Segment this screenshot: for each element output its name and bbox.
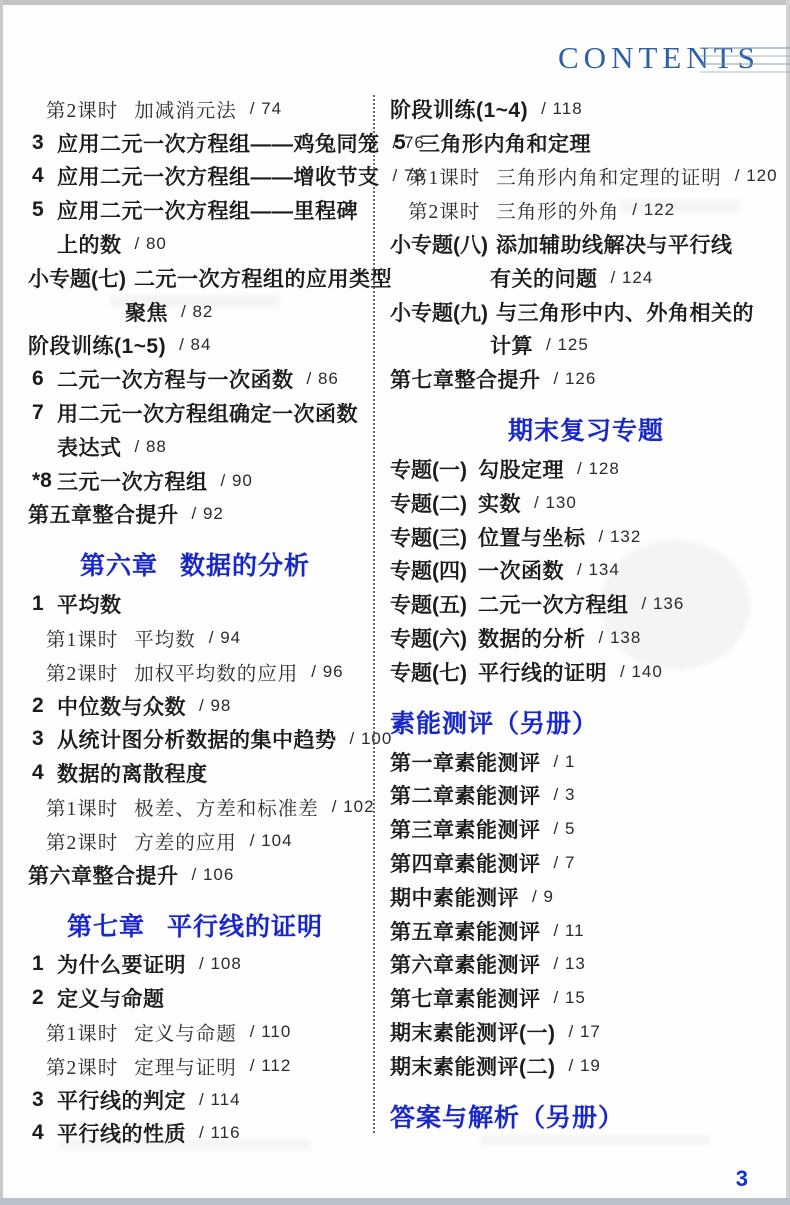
toc-row-labeled: 专题(一)勾股定理/ 128 <box>390 452 782 486</box>
toc-row-kai: 第2课时加权平均数的应用/ 96 <box>28 655 362 689</box>
entry-title: 第六章整合提升 <box>28 860 179 890</box>
entry-page-ref: / 130 <box>534 493 577 513</box>
toc-row-labeled: 专题(五)二元一次方程组/ 136 <box>390 587 782 621</box>
entry-page-ref: / 84 <box>179 335 211 355</box>
entry-title: 三元一次方程组 <box>57 466 208 496</box>
entry-page-ref: / 114 <box>199 1090 241 1110</box>
entry-title: 第五章素能测评 <box>390 916 541 946</box>
entry-title: 数据的分析 <box>478 623 586 653</box>
column-divider <box>373 95 375 1133</box>
entry-page-ref: / 90 <box>221 471 253 491</box>
entry-title: 加权平均数的应用 <box>134 658 298 686</box>
entry-number: 2 <box>32 986 57 1010</box>
entry-number: 4 <box>32 1121 57 1145</box>
entry-page-ref: / 125 <box>546 335 589 355</box>
entry-page-ref: / 74 <box>250 99 282 119</box>
entry-title: 计算 <box>490 330 533 360</box>
entry-title: 中位数与众数 <box>57 691 186 721</box>
entry-title: 实数 <box>478 488 521 518</box>
entry-label: 第2课时 <box>46 827 118 855</box>
toc-row-labeled: 专题(二)实数/ 130 <box>390 486 782 520</box>
entry-title: 平行线的判定 <box>57 1085 186 1115</box>
toc-row-section-center: 期末复习专题 <box>390 410 782 448</box>
entry-title: 期中素能测评 <box>390 882 519 912</box>
entry-label: 第2课时 <box>408 196 480 224</box>
entry-page-ref: / 5 <box>554 819 576 839</box>
entry-page-ref: / 17 <box>569 1022 601 1042</box>
toc-row-plain: 第五章素能测评/ 11 <box>390 914 782 948</box>
toc-row-num: *8三元一次方程组/ 90 <box>28 464 362 498</box>
entry-number: 7 <box>32 401 57 425</box>
entry-label: 第1课时 <box>408 162 480 190</box>
scan-edge-right <box>786 0 790 1205</box>
entry-page-ref: / 116 <box>199 1123 241 1143</box>
entry-title: 一次函数 <box>478 555 564 585</box>
toc-row-plain: 第五章整合提升/ 92 <box>28 498 362 532</box>
scan-edge-bottom <box>0 1198 790 1205</box>
entry-title: 第四章素能测评 <box>390 848 541 878</box>
entry-page-ref: / 19 <box>569 1056 601 1076</box>
toc-row-kai: 第1课时定义与命题/ 110 <box>28 1015 362 1049</box>
entry-title: 三角形内角和定理 <box>419 128 591 158</box>
entry-title: 二元一次方程与一次函数 <box>57 364 294 394</box>
entry-page-ref: / 1 <box>554 752 576 772</box>
entry-title: 期末素能测评(一) <box>390 1017 556 1047</box>
entry-label: 专题(六) <box>390 623 470 653</box>
entry-page-ref: / 104 <box>250 831 293 851</box>
entry-page-ref: / 80 <box>135 234 167 254</box>
toc-row-kai: 第2课时方差的应用/ 104 <box>28 824 362 858</box>
toc-row-plain: 第七章素能测评/ 15 <box>390 981 782 1015</box>
entry-title: 应用二元一次方程组——里程碑 <box>57 195 358 225</box>
entry-page-ref: / 128 <box>577 459 620 479</box>
entry-page-ref: / 108 <box>199 954 242 974</box>
entry-title: 位置与坐标 <box>478 522 586 552</box>
toc-row-cont: 表达式/ 88 <box>28 430 362 464</box>
entry-title: 应用二元一次方程组——增收节支 <box>57 161 380 191</box>
toc-row-plain: 第一章素能测评/ 1 <box>390 745 782 779</box>
entry-label: 第1课时 <box>46 1018 118 1046</box>
entry-number: 4 <box>32 164 57 188</box>
toc-row-num: 2定义与命题 <box>28 981 362 1015</box>
toc-row-num: 2中位数与众数/ 98 <box>28 689 362 723</box>
entry-page-ref: / 82 <box>181 302 213 322</box>
entry-title: 定义与命题 <box>134 1018 237 1046</box>
entry-page-ref: / 100 <box>350 729 393 749</box>
entry-title: 平行线的证明 <box>167 907 323 943</box>
entry-title: 第七章整合提升 <box>390 364 541 394</box>
entry-label: 专题(一) <box>390 454 470 484</box>
toc-row-plain: 期中素能测评/ 9 <box>390 880 782 914</box>
entry-title: 定义与命题 <box>57 983 165 1013</box>
toc-row-num: 4应用二元一次方程组——增收节支/ 78 <box>28 160 362 194</box>
toc-row-kai: 第1课时极差、方差和标准差/ 102 <box>28 790 362 824</box>
toc-column-left: 第2课时加减消元法/ 743应用二元一次方程组——鸡兔同笼/ 764应用二元一次… <box>28 92 362 1150</box>
entry-title: 平均数 <box>57 589 122 619</box>
toc-row-kai: 第2课时三角形的外角/ 122 <box>390 193 782 227</box>
entry-title: 平行线的证明 <box>478 657 607 687</box>
entry-title: 期末素能测评(二) <box>390 1051 556 1081</box>
entry-title: 为什么要证明 <box>57 949 186 979</box>
entry-page-ref: / 15 <box>554 988 586 1008</box>
toc-row-plain: 期末素能测评(二)/ 19 <box>390 1049 782 1083</box>
entry-page-ref: / 7 <box>554 853 576 873</box>
entry-number: 3 <box>32 1088 57 1112</box>
entry-title: 数据的分析 <box>180 546 310 582</box>
entry-label: 专题(七) <box>390 657 470 687</box>
toc-row-plain: 第六章素能测评/ 13 <box>390 948 782 982</box>
entry-label: 第2课时 <box>46 658 118 686</box>
entry-label: 专题(二) <box>390 488 470 518</box>
entry-page-ref: / 118 <box>541 99 583 119</box>
entry-label: 第六章 <box>80 546 158 582</box>
page-number: 3 <box>736 1166 748 1192</box>
toc-row-labeled: 专题(七)平行线的证明/ 140 <box>390 655 782 689</box>
entry-number: 5 <box>32 198 57 222</box>
toc-row-labeled: 小专题(九)与三角形中内、外角相关的 <box>390 295 782 329</box>
entry-title: 期末复习专题 <box>508 411 664 447</box>
toc-row-section-left: 素能测评（另册） <box>390 703 782 741</box>
entry-title: 第五章整合提升 <box>28 499 179 529</box>
entry-label: 专题(四) <box>390 555 470 585</box>
entry-label: 小专题(七) <box>28 263 126 293</box>
entry-page-ref: / 106 <box>192 865 235 885</box>
toc-column-right: 阶段训练(1~4)/ 1185三角形内角和定理第1课时三角形内角和定理的证明/ … <box>390 92 782 1139</box>
entry-title: 添加辅助线解决与平行线 <box>496 229 733 259</box>
toc-row-kai: 第1课时三角形内角和定理的证明/ 120 <box>390 160 782 194</box>
entry-label: 小专题(九) <box>390 297 488 327</box>
entry-number: 1 <box>32 952 57 976</box>
toc-row-chapter: 第六章数据的分析 <box>28 545 362 583</box>
toc-row-kai: 第2课时定理与证明/ 112 <box>28 1049 362 1083</box>
entry-page-ref: / 126 <box>554 369 597 389</box>
entry-page-ref: / 92 <box>192 504 224 524</box>
toc-row-labeled: 小专题(八)添加辅助线解决与平行线 <box>390 227 782 261</box>
toc-row-section-left: 答案与解析（另册） <box>390 1097 782 1135</box>
entry-title: 方差的应用 <box>134 827 237 855</box>
entry-number: 2 <box>32 694 57 718</box>
entry-title: 应用二元一次方程组——鸡兔同笼 <box>57 128 380 158</box>
entry-label: 第2课时 <box>46 1052 118 1080</box>
header-decorative-lines <box>700 47 790 77</box>
toc-row-kai: 第2课时加减消元法/ 74 <box>28 92 362 126</box>
entry-page-ref: / 96 <box>311 662 343 682</box>
entry-title: 上的数 <box>57 229 122 259</box>
toc-row-num: 3平行线的判定/ 114 <box>28 1083 362 1117</box>
entry-page-ref: / 140 <box>620 662 663 682</box>
toc-row-chapter: 第七章平行线的证明 <box>28 906 362 944</box>
toc-row-num: 3应用二元一次方程组——鸡兔同笼/ 76 <box>28 126 362 160</box>
entry-page-ref: / 94 <box>209 628 241 648</box>
entry-page-ref: / 112 <box>250 1056 292 1076</box>
entry-page-ref: / 9 <box>532 887 554 907</box>
entry-title: 有关的问题 <box>490 263 598 293</box>
toc-row-labeled: 专题(四)一次函数/ 134 <box>390 554 782 588</box>
entry-page-ref: / 86 <box>307 369 339 389</box>
entry-title: 平均数 <box>134 624 196 652</box>
entry-number: 4 <box>32 761 57 785</box>
entry-page-ref: / 3 <box>554 785 576 805</box>
toc-row-num: 4平行线的性质/ 116 <box>28 1117 362 1151</box>
toc-row-plain: 第二章素能测评/ 3 <box>390 779 782 813</box>
entry-number: 3 <box>32 727 57 751</box>
scan-edge-left <box>0 0 3 1205</box>
entry-page-ref: / 88 <box>135 437 167 457</box>
toc-row-cont2: 有关的问题/ 124 <box>390 261 782 295</box>
entry-number: 1 <box>32 592 57 616</box>
entry-page-ref: / 98 <box>199 696 231 716</box>
entry-title: 极差、方差和标准差 <box>134 793 319 821</box>
entry-title: 素能测评（另册） <box>390 704 598 740</box>
entry-title: 聚焦 <box>125 297 168 327</box>
toc-row-num: 5三角形内角和定理 <box>390 126 782 160</box>
entry-number: 3 <box>32 131 57 155</box>
entry-title: 答案与解析（另册） <box>390 1098 624 1134</box>
entry-title: 第六章素能测评 <box>390 949 541 979</box>
toc-row-num: 4数据的离散程度 <box>28 756 362 790</box>
toc-row-num: 7用二元一次方程组确定一次函数 <box>28 396 362 430</box>
entry-label: 小专题(八) <box>390 229 488 259</box>
entry-page-ref: / 138 <box>599 628 642 648</box>
toc-row-cont2: 计算/ 125 <box>390 329 782 363</box>
toc-row-plain: 期末素能测评(一)/ 17 <box>390 1015 782 1049</box>
toc-row-plain: 阶段训练(1~5)/ 84 <box>28 329 362 363</box>
toc-row-labeled: 专题(三)位置与坐标/ 132 <box>390 520 782 554</box>
entry-title: 定理与证明 <box>134 1052 237 1080</box>
entry-page-ref: / 134 <box>577 560 620 580</box>
entry-label: 专题(五) <box>390 589 470 619</box>
entry-title: 用二元一次方程组确定一次函数 <box>57 398 358 428</box>
entry-title: 第七章素能测评 <box>390 983 541 1013</box>
entry-title: 三角形的外角 <box>496 196 619 224</box>
entry-number: *8 <box>32 469 57 493</box>
entry-title: 阶段训练(1~4) <box>390 94 528 124</box>
entry-title: 平行线的性质 <box>57 1118 186 1148</box>
toc-row-kai: 第1课时平均数/ 94 <box>28 621 362 655</box>
toc-row-num: 3从统计图分析数据的集中趋势/ 100 <box>28 723 362 757</box>
entry-label: 第1课时 <box>46 793 118 821</box>
entry-title: 表达式 <box>57 432 122 462</box>
toc-row-labeled: 小专题(七)二元一次方程组的应用类型 <box>28 261 362 295</box>
toc-row-plain: 第七章整合提升/ 126 <box>390 362 782 396</box>
entry-page-ref: / 120 <box>735 166 778 186</box>
toc-row-plain: 第四章素能测评/ 7 <box>390 846 782 880</box>
entry-title: 第二章素能测评 <box>390 780 541 810</box>
entry-title: 第三章素能测评 <box>390 814 541 844</box>
entry-label: 第2课时 <box>46 95 118 123</box>
entry-title: 二元一次方程组的应用类型 <box>134 263 392 293</box>
toc-row-cont: 上的数/ 80 <box>28 227 362 261</box>
toc-row-plain: 第三章素能测评/ 5 <box>390 812 782 846</box>
entry-page-ref: / 136 <box>642 594 685 614</box>
entry-page-ref: / 132 <box>599 527 642 547</box>
entry-title: 数据的离散程度 <box>57 758 208 788</box>
toc-row-labeled: 专题(六)数据的分析/ 138 <box>390 621 782 655</box>
entry-label: 第七章 <box>67 907 145 943</box>
entry-label: 专题(三) <box>390 522 470 552</box>
entry-page-ref: / 102 <box>332 797 375 817</box>
entry-title: 第一章素能测评 <box>390 747 541 777</box>
toc-row-num: 5应用二元一次方程组——里程碑 <box>28 193 362 227</box>
entry-number: 6 <box>32 367 57 391</box>
toc-row-cont2: 聚焦/ 82 <box>28 295 362 329</box>
entry-page-ref: / 13 <box>554 954 586 974</box>
toc-row-num: 6二元一次方程与一次函数/ 86 <box>28 362 362 396</box>
entry-title: 与三角形中内、外角相关的 <box>496 297 754 327</box>
entry-title: 二元一次方程组 <box>478 589 629 619</box>
entry-label: 第1课时 <box>46 624 118 652</box>
scan-edge-top <box>0 0 790 5</box>
entry-title: 勾股定理 <box>478 454 564 484</box>
toc-row-num: 1为什么要证明/ 108 <box>28 948 362 982</box>
entry-page-ref: / 124 <box>611 268 654 288</box>
toc-row-plain: 第六章整合提升/ 106 <box>28 858 362 892</box>
entry-number: 5 <box>394 131 419 155</box>
entry-title: 加减消元法 <box>134 95 237 123</box>
entry-page-ref: / 11 <box>554 921 585 941</box>
toc-row-plain: 阶段训练(1~4)/ 118 <box>390 92 782 126</box>
entry-page-ref: / 122 <box>632 200 675 220</box>
entry-title: 阶段训练(1~5) <box>28 330 166 360</box>
entry-title: 从统计图分析数据的集中趋势 <box>57 724 337 754</box>
entry-page-ref: / 110 <box>250 1022 292 1042</box>
toc-row-num: 1平均数 <box>28 587 362 621</box>
entry-title: 三角形内角和定理的证明 <box>496 162 722 190</box>
